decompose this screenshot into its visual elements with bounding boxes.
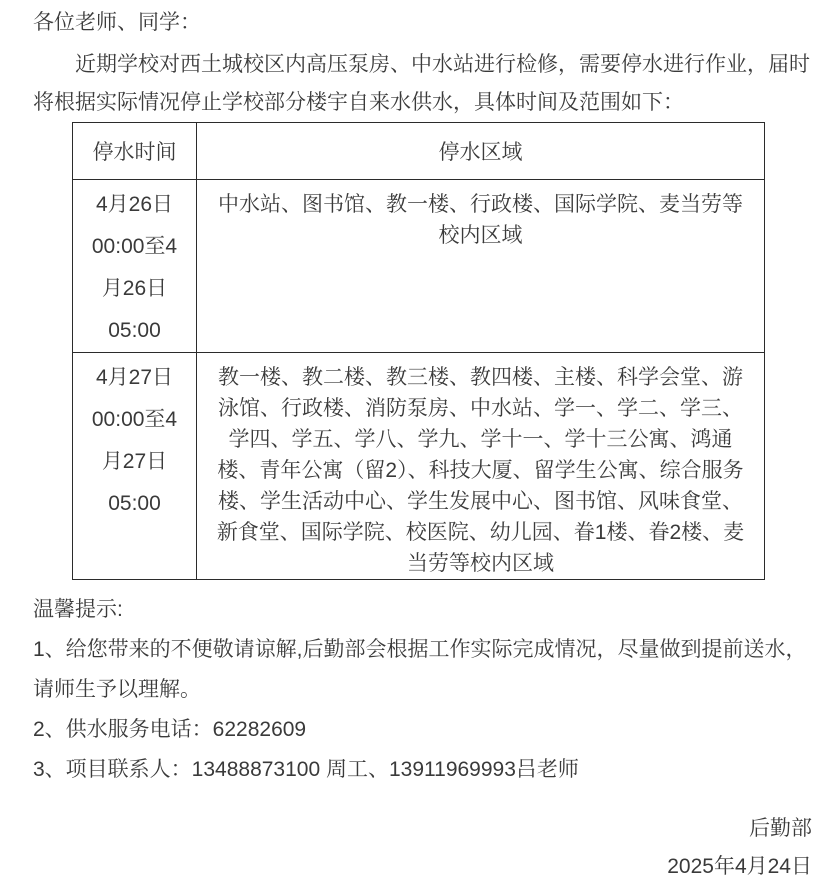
signature-block: 后勤部 2025年4月24日 <box>33 810 812 886</box>
tip-item-apology: 1、给您带来的不便敬请谅解,后勤部会根据工作实际完成情况，尽量做到提前送水，请师… <box>33 630 812 710</box>
outage-time-cell: 4月27日 00:00至4 月27日 05:00 <box>73 353 197 580</box>
outage-table: 停水时间 停水区域 4月26日 00:00至4 月26日 05:00 中水站、图… <box>72 122 765 580</box>
signature-date: 2025年4月24日 <box>33 848 812 886</box>
intro-paragraph: 近期学校对西土城校区内高压泵房、中水站进行检修，需要停水进行作业，届时将根据实际… <box>33 46 812 122</box>
tip-item-project-contacts: 3、项目联系人：13488873100 周工、13911969993吕老师 <box>33 750 812 790</box>
tips-section: 温馨提示: 1、给您带来的不便敬请谅解,后勤部会根据工作实际完成情况，尽量做到提… <box>33 590 812 790</box>
notice-document: 各位老师、同学： 近期学校对西土城校区内高压泵房、中水站进行检修，需要停水进行作… <box>0 0 828 896</box>
salutation: 各位老师、同学： <box>33 6 812 40</box>
header-outage-time: 停水时间 <box>73 123 197 180</box>
signature-department: 后勤部 <box>33 810 812 848</box>
tips-title: 温馨提示: <box>33 590 812 630</box>
outage-time-cell: 4月26日 00:00至4 月26日 05:00 <box>73 180 197 353</box>
tip-item-service-phone: 2、供水服务电话：62282609 <box>33 710 812 750</box>
outage-area-cell: 中水站、图书馆、教一楼、行政楼、国际学院、麦当劳等校内区域 <box>197 180 765 353</box>
outage-area-cell: 教一楼、教二楼、教三楼、教四楼、主楼、科学会堂、游泳馆、行政楼、消防泵房、中水站… <box>197 353 765 580</box>
table-row: 4月27日 00:00至4 月27日 05:00 教一楼、教二楼、教三楼、教四楼… <box>73 353 765 580</box>
table-header-row: 停水时间 停水区域 <box>73 123 765 180</box>
table-row: 4月26日 00:00至4 月26日 05:00 中水站、图书馆、教一楼、行政楼… <box>73 180 765 353</box>
header-outage-area: 停水区域 <box>197 123 765 180</box>
